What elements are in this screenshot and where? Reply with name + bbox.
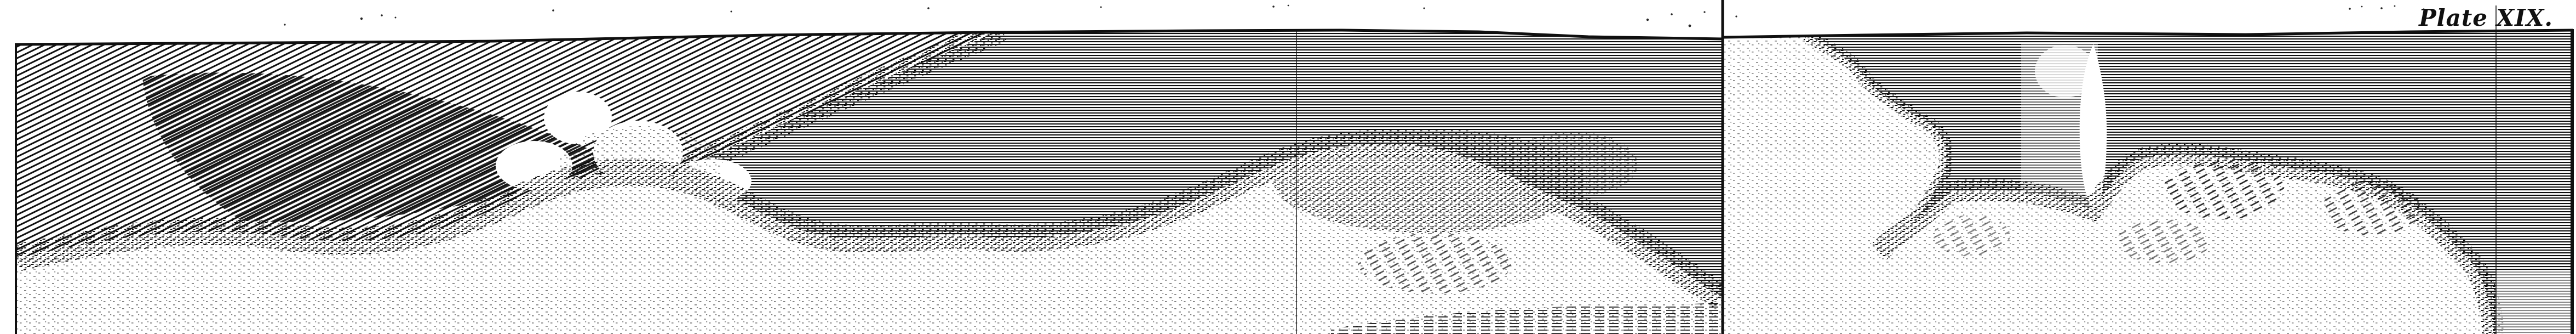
plate-scan: Plate XIX. (0, 0, 2576, 334)
cirrus-streak-patch (2322, 181, 2421, 236)
ink-specks (284, 5, 2424, 27)
corner-light-hatch (2495, 271, 2573, 334)
cirrus-streak-patch (2164, 159, 2284, 219)
left-panel (17, 27, 1722, 334)
engraving-svg (0, 0, 2576, 334)
right-panel (1724, 27, 2573, 334)
